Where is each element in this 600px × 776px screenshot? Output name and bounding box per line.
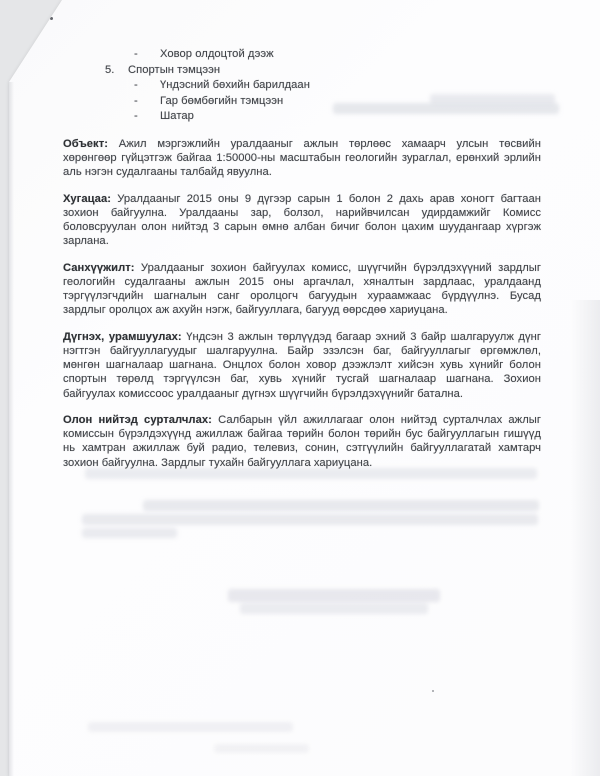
paragraph-label: Дүгнэх, урамшуулах: [63, 331, 182, 343]
list-marker: 5. [105, 63, 128, 79]
paragraph-line: геологийн судалгааны ажлын 2015 оны арга… [63, 275, 541, 289]
list-marker: - [134, 78, 160, 94]
bleed-through-artifact [88, 722, 293, 732]
paragraph-line: байгуулах комиссоос уралдааныг дүгнэх шү… [63, 387, 541, 401]
paper-sheet: -Ховор олдоцтой дээж5.Спортын тэмцээн-Үн… [0, 0, 600, 776]
paragraph-line: Хугацаа: Уралдааныг 2015 оны 9 дүгээр са… [63, 192, 541, 206]
paragraph-line: мөнгөн шагналаар шагнана. Онцлох болон х… [63, 358, 541, 372]
paragraph-line: зохион байгуулна. Зардлыг тухайн байгуул… [63, 456, 541, 470]
paragraph-line: Санхүүжилт: Уралдааныг зохион байгуулах … [63, 261, 541, 275]
paragraph-line: Дүгнэх, урамшуулах: Үндсэн 3 ажлын төрлү… [63, 330, 541, 344]
list-item: -Үндэсний бөхийн барилдаан [63, 78, 541, 94]
paragraph: Олон нийтэд сурталчлах: Салбарын үйл ажи… [63, 413, 541, 470]
bleed-through-artifact [143, 500, 539, 511]
paragraph-line: зардлыг оролцох аж ахуйн нэгж, байгуулла… [63, 303, 541, 317]
list-item: 5.Спортын тэмцээн [63, 63, 541, 79]
paragraph-line: аль нэгэн судалгааны талбайд явуулна. [63, 165, 541, 179]
paragraph: Хугацаа: Уралдааныг 2015 оны 9 дүгээр са… [63, 192, 541, 249]
paragraph-label: Олон нийтэд сурталчлах: [63, 414, 212, 426]
list-item-text: Үндэсний бөхийн барилдаан [160, 78, 310, 94]
paragraph-line: Олон нийтэд сурталчлах: Салбарын үйл ажи… [63, 413, 541, 427]
paragraph: Дүгнэх, урамшуулах: Үндсэн 3 ажлын төрлү… [63, 330, 541, 401]
scan-speck [432, 690, 434, 692]
list-marker: - [134, 47, 160, 63]
paragraph-line: спортын төрөлд тэргүүлсэн баг, хувь хүни… [63, 372, 541, 386]
bleed-through-artifact [82, 514, 538, 525]
list-marker: - [134, 94, 160, 110]
list-item-text: Гар бөмбөгийн тэмцээн [160, 94, 283, 110]
list-item-text: Спортын тэмцээн [128, 63, 220, 79]
paragraph-label: Объект: [63, 138, 108, 150]
document-list: -Ховор олдоцтой дээж5.Спортын тэмцээн-Үн… [63, 47, 541, 125]
paragraph-label: Хугацаа: [63, 193, 111, 205]
document-content: -Ховор олдоцтой дээж5.Спортын тэмцээн-Үн… [63, 47, 541, 470]
bleed-through-artifact [214, 744, 309, 753]
list-item: -Ховор олдоцтой дээж [63, 47, 541, 63]
paragraph-line: хөрөнгөөр гүйцэтгэж байгаа 1:50000-ны ма… [63, 151, 541, 165]
scan-shading-left [9, 82, 14, 776]
list-item: -Шатар [63, 109, 541, 125]
paragraph: Санхүүжилт: Уралдааныг зохион байгуулах … [63, 261, 541, 318]
list-item-text: Ховор олдоцтой дээж [160, 47, 274, 63]
paragraph-line: Объект: Ажил мэргэжлийн уралдааныг ажлын… [63, 137, 541, 151]
paragraph-line: нэгтгэн байгууллагуудыг шалгаруулна. Бай… [63, 344, 541, 358]
scan-speck [50, 17, 53, 20]
paragraph-line: зохион байгуулна. Уралдааны зар, болзол,… [63, 206, 541, 220]
paragraph-label: Санхүүжилт: [63, 262, 135, 274]
paragraph: Объект: Ажил мэргэжлийн уралдааныг ажлын… [63, 137, 541, 180]
paragraph-line: тэргүүлэгчдийн шагналын санг оролцогч ба… [63, 289, 541, 303]
list-item-text: Шатар [160, 109, 194, 125]
paragraph-line: комиссын бүрэлдэхүүнд ажиллаж байгаа төр… [63, 427, 541, 441]
scanned-page: -Ховор олдоцтой дээж5.Спортын тэмцээн-Үн… [0, 0, 600, 776]
bleed-through-artifact [82, 528, 177, 538]
paragraph-line: нь хамтран ажиллаж буй радио, телевиз, с… [63, 441, 541, 455]
list-marker: - [134, 109, 160, 125]
document-paragraphs: Объект: Ажил мэргэжлийн уралдааныг ажлын… [63, 137, 541, 470]
bleed-through-artifact [240, 603, 428, 614]
scanner-background: { "document": { "kind": "scanned-page", … [0, 0, 600, 776]
scan-shading-right [570, 300, 600, 776]
list-item: -Гар бөмбөгийн тэмцээн [63, 94, 541, 110]
bleed-through-artifact [228, 589, 440, 602]
paragraph-line: боловсруулан олон нийтэд 3 сарын өмнө ал… [63, 220, 541, 234]
paragraph-line: зарлана. [63, 234, 541, 248]
